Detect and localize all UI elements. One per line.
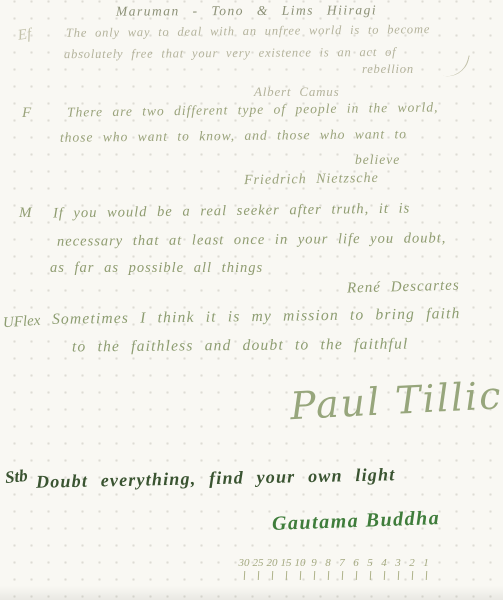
tick-number: 2 [409,557,415,569]
number-tick-column: 15 [280,557,292,580]
tick-mark [257,571,258,580]
quote-line: absolutely free that your very existence… [64,45,396,62]
tick-number: 3 [395,557,401,569]
tick-number: 20 [267,557,278,569]
page-title: Maruman - Tono & Lims Hiiragi [116,2,377,19]
nib-label-uflex: UFlex [2,313,41,333]
number-tick-column: 25 [252,557,264,580]
number-tick-column: 3 [392,557,404,580]
tick-mark [383,571,384,580]
tick-number: 7 [339,557,345,569]
tick-number: 1 [423,557,429,569]
tick-number: 4 [381,557,387,569]
tick-number: 9 [311,557,317,569]
tick-mark [397,571,398,580]
quote-attribution: Albert Camus [254,84,339,100]
number-tick-column: 10 [294,557,306,580]
quote-line: Doubt everything, find your own light [36,464,396,493]
tick-number: 8 [325,557,331,569]
quote-attribution: Friedrich Nietzsche [244,171,379,189]
number-tick-column: 20 [266,557,278,580]
number-tick-column: 4 [378,557,390,580]
tick-mark [369,571,370,580]
quote-line: There are two different type of people i… [67,99,439,120]
quote-line: The only way to deal with an unfree worl… [66,22,430,41]
nib-label-m: M [19,205,32,222]
signature-paul-tillich: Paul Tillich [289,372,503,428]
nib-label-stub: Stb [4,466,29,488]
quote-line: rebellion [362,62,414,77]
nib-label-f: F [22,105,31,122]
number-tick-column: 30 [238,557,250,580]
pen-flourish-stroke [437,49,469,81]
tick-number: 5 [367,557,373,569]
tick-mark [327,571,328,580]
number-tick-column: 8 [322,557,334,580]
tick-mark [411,571,412,580]
tick-number: 6 [353,557,359,569]
tick-mark [299,571,300,580]
number-tick-column: 7 [336,557,348,580]
tick-mark [341,571,342,580]
tick-mark [313,571,314,580]
number-tick-column: 2 [406,557,418,580]
notebook-page: Maruman - Tono & Lims Hiiragi Ef The onl… [0,0,503,600]
number-tick-column: 5 [364,557,376,580]
quote-line: as far as possible all things [50,260,263,277]
tick-mark [243,571,244,580]
quote-line: those who want to know, and those who wa… [60,126,407,146]
tick-number: 15 [281,557,292,569]
tick-number: 25 [253,557,264,569]
quote-line: necessary that at least once in your lif… [57,230,446,250]
nib-label-ef: Ef [17,26,33,45]
quote-line: If you would be a real seeker after trut… [53,201,410,223]
tick-mark [285,571,286,580]
tick-number: 10 [295,557,306,569]
quote-attribution: René Descartes [347,278,460,298]
tick-mark [271,571,272,580]
tick-mark [425,571,426,580]
tick-mark [355,571,356,580]
number-tick-column: 9 [308,557,320,580]
quote-line: believe [355,152,400,168]
drying-time-number-line: 30 25 20 15 10 9 8 7 6 5 [238,557,432,580]
quote-line: Sometimes I think it is my mission to br… [52,305,461,329]
quote-line: to the faithless and doubt to the faithf… [72,336,409,357]
number-tick-column: 1 [420,557,432,580]
signature-gautama-buddha: Gautama Buddha [272,507,441,536]
tick-number: 30 [239,557,250,569]
number-tick-column: 6 [350,557,362,580]
